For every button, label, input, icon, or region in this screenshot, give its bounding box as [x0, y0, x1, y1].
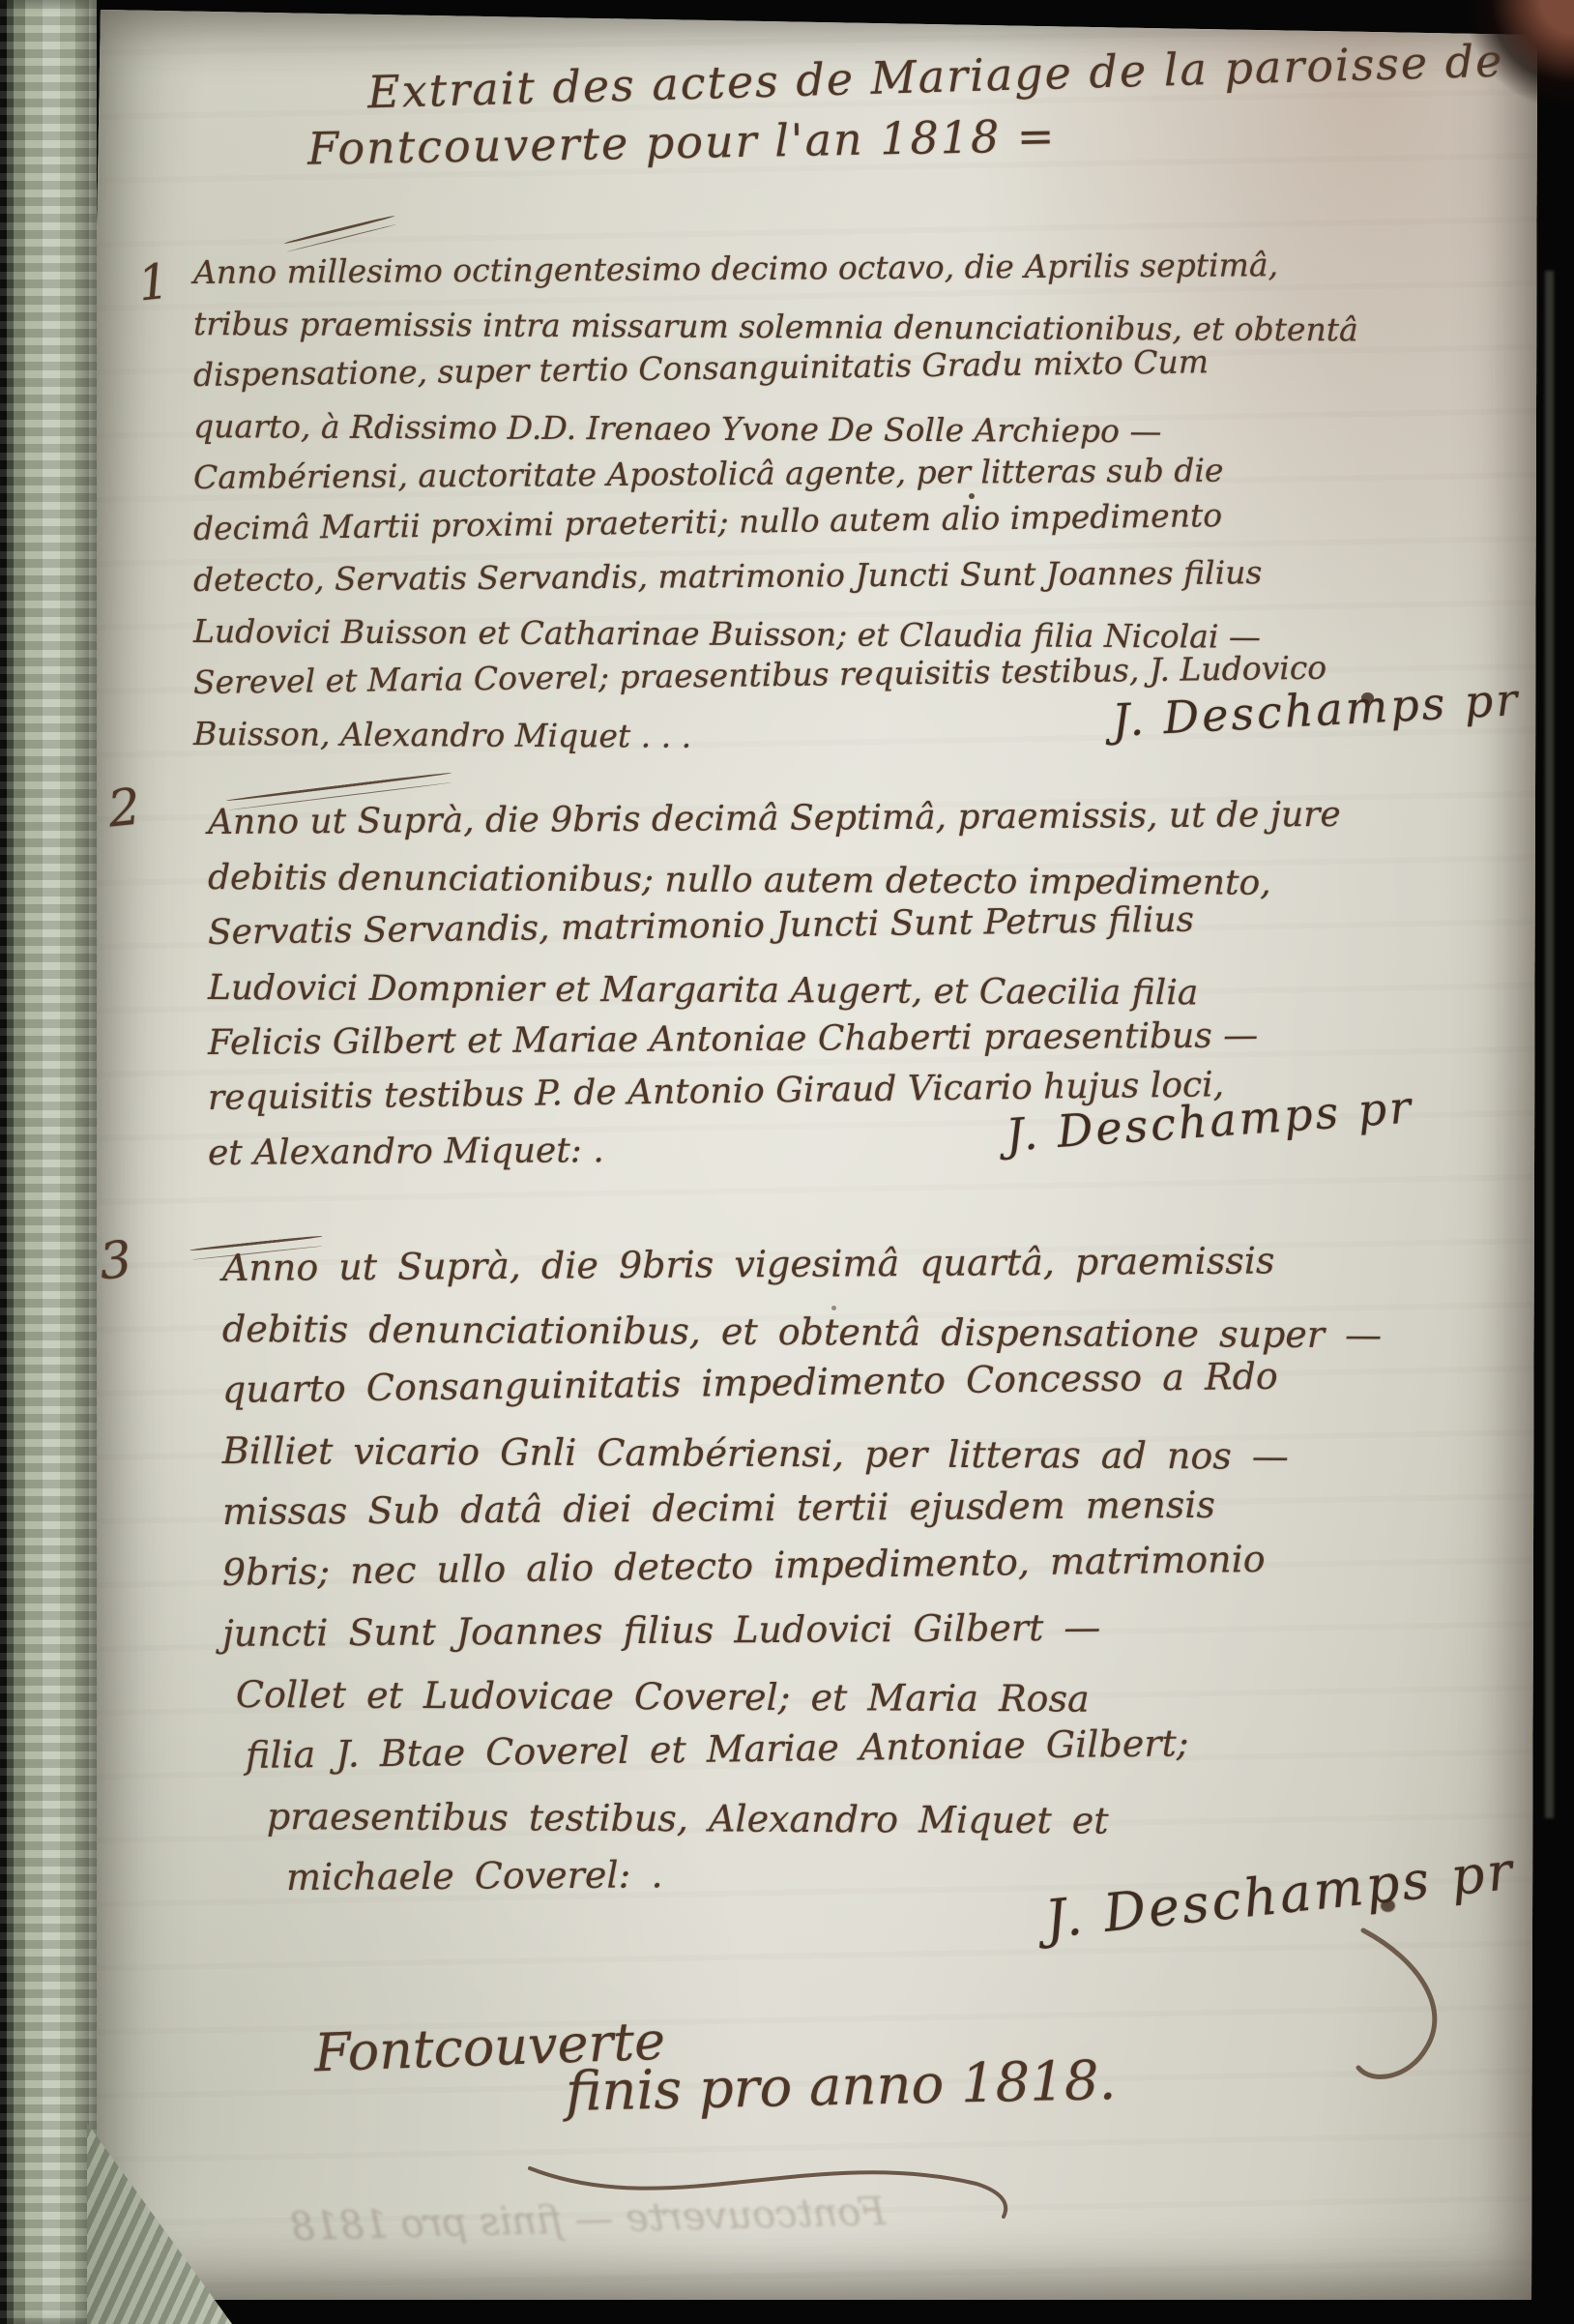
manuscript-line: Anno ut Suprà, die 9bris vigesimâ quartâ…: [222, 1230, 1383, 1299]
ink-blot: [1381, 1899, 1395, 1912]
manuscript-line: Anno ut Suprà, die 9bris decimâ Septimâ,…: [208, 787, 1341, 850]
footer-closing: finis pro anno 1818.: [565, 2049, 1117, 2124]
book-binding-edge: [0, 0, 97, 2324]
entry-text: Anno millesimo octingentesimo decimo oct…: [193, 247, 1358, 759]
manuscript-line: detecto, Servatis Servandis, matrimonio …: [193, 546, 1358, 605]
entry-number: 3: [97, 1230, 134, 1291]
manuscript-line: juncti Sunt Joannes filius Ludovici Gilb…: [222, 1596, 1383, 1664]
entry-number: 1: [135, 252, 172, 311]
ink-blot: [831, 1306, 836, 1310]
parish-register-photo: Extrait des actes de Mariage de la paroi…: [0, 0, 1574, 2324]
entry-text: Anno ut Suprà, die 9bris vigesimâ quartâ…: [222, 1238, 1382, 1908]
entry-number: 2: [105, 778, 143, 838]
manuscript-line: Anno millesimo octingentesimo decimo oct…: [193, 239, 1358, 298]
ink-blot: [969, 493, 975, 499]
page-edge-sliver: [1545, 271, 1554, 1818]
ink-blot: [1361, 692, 1374, 703]
